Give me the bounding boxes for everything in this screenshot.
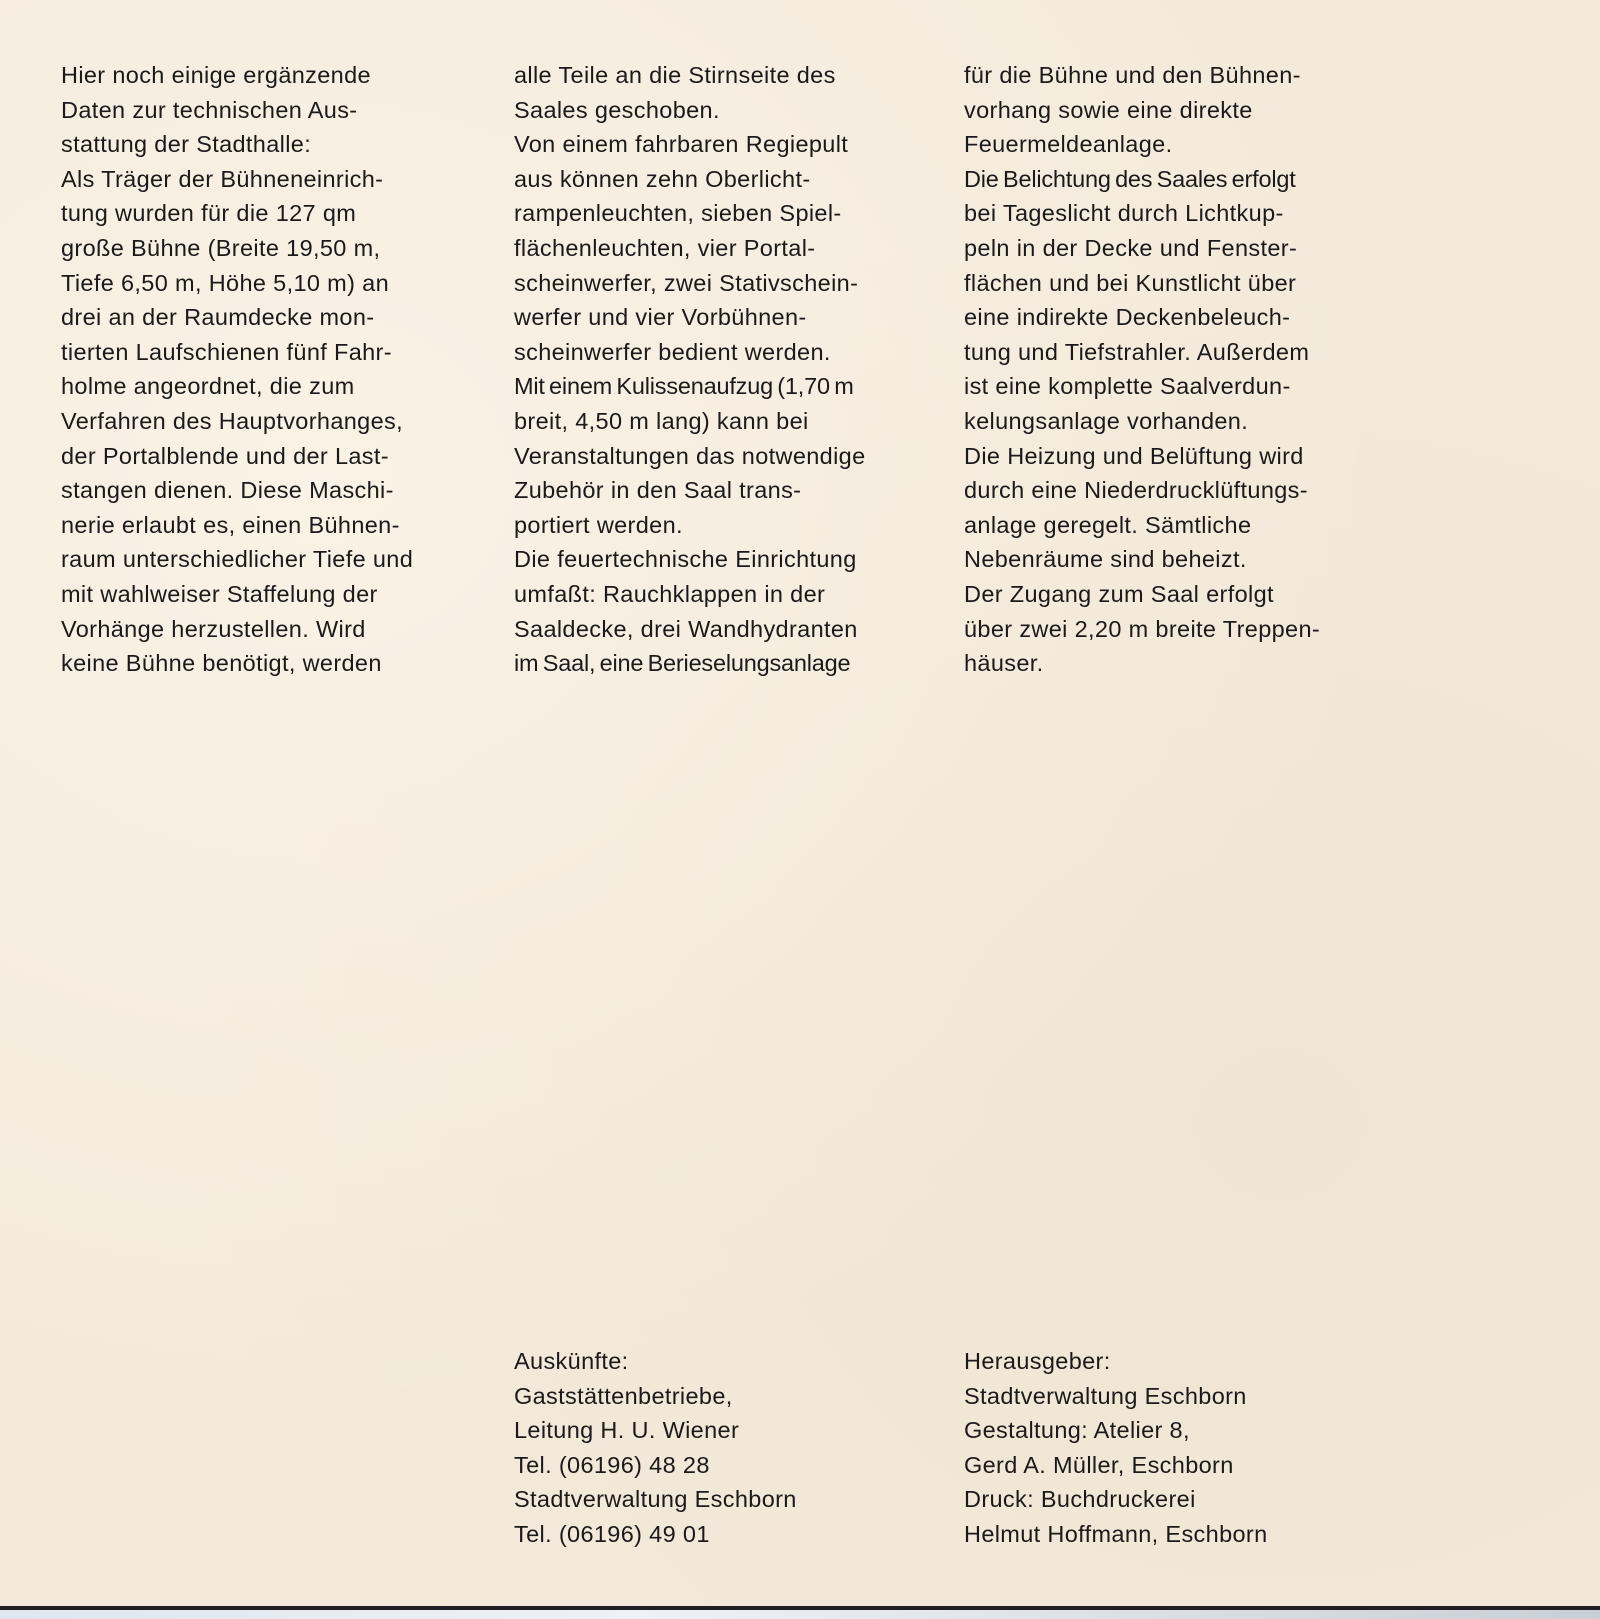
text-line: über zwei 2,20 m breite Treppen- [964,612,1320,647]
text-line: portiert werden. [514,508,866,543]
text-line: werfer und vier Vorbühnen- [514,300,866,335]
text-line: drei an der Raumdecke mon- [61,300,413,335]
text-line: im Saal, eine Berieselungsanlage [514,646,866,681]
text-line: Tiefe 6,50 m, Höhe 5,10 m) an [61,266,413,301]
text-line: stangen dienen. Diese Maschi- [61,473,413,508]
text-line: umfaßt: Rauchklappen in der [514,577,866,612]
text-line: Die Belichtung des Saales erfolgt [964,162,1320,197]
text-line: Vorhänge herzustellen. Wird [61,612,413,647]
text-line: mit wahlweiser Staffelung der [61,577,413,612]
contact-phone: Tel. (06196) 48 28 [514,1448,797,1483]
scan-background-strip [0,1610,1600,1619]
text-line: Zubehör in den Saal trans- [514,473,866,508]
text-line: nerie erlaubt es, einen Bühnen- [61,508,413,543]
imprint-heading: Herausgeber: [964,1344,1268,1379]
text-line: alle Teile an die Stirnseite des [514,58,866,93]
imprint-block: Herausgeber: Stadtverwaltung Eschborn Ge… [964,1344,1268,1552]
text-line: Von einem fahrbaren Regiepult [514,127,866,162]
text-line: Hier noch einige ergänzende [61,58,413,93]
text-line: kelungsanlage vorhanden. [964,404,1320,439]
contact-line: Leitung H. U. Wiener [514,1413,797,1448]
text-line: tung wurden für die 127 qm [61,196,413,231]
text-line: Veranstaltungen das notwendige [514,439,866,474]
text-line: rampenleuchten, sieben Spiel- [514,196,866,231]
imprint-line: Gerd A. Müller, Eschborn [964,1448,1268,1483]
text-line: Saales geschoben. [514,93,866,128]
contact-phone: Tel. (06196) 49 01 [514,1517,797,1552]
text-line: Die feuertechnische Einrichtung [514,542,866,577]
text-line: ist eine komplette Saalverdun- [964,369,1320,404]
text-line: stattung der Stadthalle: [61,127,413,162]
text-line: Der Zugang zum Saal erfolgt [964,577,1320,612]
text-line: der Portalblende und der Last- [61,439,413,474]
imprint-line: Stadtverwaltung Eschborn [964,1379,1268,1414]
text-column-1: Hier noch einige ergänzende Daten zur te… [61,58,413,681]
text-line: Nebenräume sind beheizt. [964,542,1320,577]
text-line: flächen und bei Kunstlicht über [964,266,1320,301]
text-line: eine indirekte Deckenbeleuch- [964,300,1320,335]
text-line: bei Tageslicht durch Lichtkup- [964,196,1320,231]
text-line: für die Bühne und den Bühnen- [964,58,1320,93]
text-line: peln in der Decke und Fenster- [964,231,1320,266]
text-line: scheinwerfer, zwei Stativschein- [514,266,866,301]
text-line: tung und Tiefstrahler. Außerdem [964,335,1320,370]
contact-line: Stadtverwaltung Eschborn [514,1482,797,1517]
text-line: vorhang sowie eine direkte [964,93,1320,128]
text-line: aus können zehn Oberlicht- [514,162,866,197]
contact-line: Gaststättenbetriebe, [514,1379,797,1414]
text-line: Als Träger der Bühneneinrich- [61,162,413,197]
text-line: Verfahren des Hauptvorhanges, [61,404,413,439]
text-column-2: alle Teile an die Stirnseite des Saales … [514,58,866,681]
brochure-page: Hier noch einige ergänzende Daten zur te… [0,0,1600,1606]
text-line: flächenleuchten, vier Portal- [514,231,866,266]
text-line: tierten Laufschienen fünf Fahr- [61,335,413,370]
text-line: holme angeordnet, die zum [61,369,413,404]
text-line: große Bühne (Breite 19,50 m, [61,231,413,266]
imprint-line: Helmut Hoffmann, Eschborn [964,1517,1268,1552]
contact-info-block: Auskünfte: Gaststättenbetriebe, Leitung … [514,1344,797,1552]
contact-heading: Auskünfte: [514,1344,797,1379]
text-line: keine Bühne benötigt, werden [61,646,413,681]
text-line: Feuermeldeanlage. [964,127,1320,162]
text-line: anlage geregelt. Sämtliche [964,508,1320,543]
text-line: häuser. [964,646,1320,681]
text-line: Die Heizung und Belüftung wird [964,439,1320,474]
text-line: raum unterschiedlicher Tiefe und [61,542,413,577]
text-line: breit, 4,50 m lang) kann bei [514,404,866,439]
text-line: Mit einem Kulissenaufzug (1,70 m [514,369,866,404]
imprint-line: Druck: Buchdruckerei [964,1482,1268,1517]
text-line: Saaldecke, drei Wandhydranten [514,612,866,647]
imprint-line: Gestaltung: Atelier 8, [964,1413,1268,1448]
text-line: durch eine Niederdrucklüftungs- [964,473,1320,508]
text-line: Daten zur technischen Aus- [61,93,413,128]
text-line: scheinwerfer bedient werden. [514,335,866,370]
text-column-3: für die Bühne und den Bühnen- vorhang so… [964,58,1320,681]
